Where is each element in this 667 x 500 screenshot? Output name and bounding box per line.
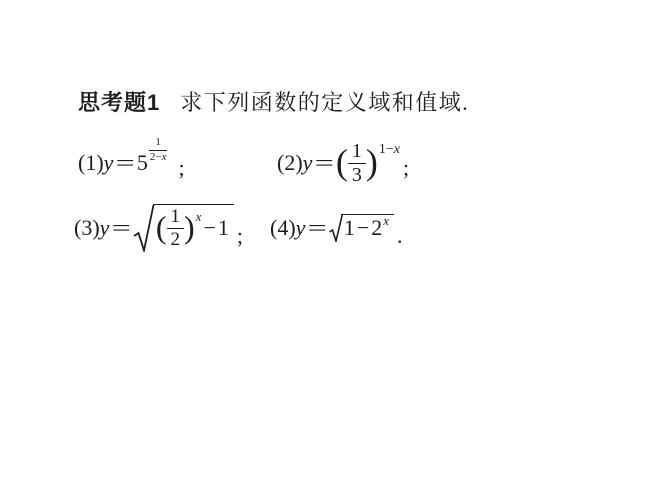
- exponent-prefix: 1−: [379, 142, 394, 157]
- equation-3-punctuation: ;: [237, 223, 243, 249]
- equation-2: (2)y=(13)1−x;: [277, 138, 409, 188]
- equation-2-index: (2): [277, 150, 303, 176]
- equation-1-variable: y: [104, 150, 114, 176]
- equation-2-fraction: 13: [348, 140, 366, 186]
- radicand: 1−2x: [341, 214, 394, 241]
- square-root: 1−2x: [329, 214, 394, 242]
- close-paren: ): [366, 144, 378, 180]
- problem-title: 思考题1求下列函数的定义域和值域.: [78, 90, 469, 116]
- equation-3-fraction: 12: [167, 206, 185, 250]
- equation-4-variable: y: [296, 215, 306, 241]
- exponent-numerator: 1: [153, 136, 163, 149]
- equation-4-exponent: x: [383, 213, 389, 229]
- fraction-denominator: 2: [167, 228, 185, 250]
- denominator-variable: x: [162, 151, 167, 163]
- open-paren: (: [336, 144, 348, 180]
- square-root: (12)x−1: [133, 204, 234, 252]
- minus-sign: −: [357, 215, 369, 241]
- fraction-numerator: 1: [167, 206, 185, 227]
- fraction-numerator: 1: [348, 140, 366, 162]
- equation-3-index: (3): [74, 215, 100, 241]
- power-base: 2: [371, 215, 382, 241]
- minus-sign: −: [203, 215, 215, 241]
- exponent-denominator: 2−x: [149, 150, 168, 164]
- equation-1-exponent-fraction: 12−x: [149, 136, 168, 163]
- equation-1-index: (1): [78, 150, 104, 176]
- denominator-prefix: 2−: [150, 151, 162, 163]
- equation-2-exponent: 1−x: [379, 142, 400, 158]
- equation-3-exponent: x: [196, 209, 202, 225]
- problem-text: 求下列函数的定义域和值域.: [180, 90, 469, 115]
- equals-sign: =: [116, 150, 135, 176]
- equation-3-variable: y: [100, 215, 110, 241]
- equation-4-index: (4): [270, 215, 296, 241]
- constant-term: 1: [344, 215, 355, 241]
- equation-2-punctuation: ;: [403, 155, 409, 181]
- slide-page: 思考题1求下列函数的定义域和值域. (1)y=512−x; (2)y=(13)1…: [0, 0, 667, 500]
- equation-1: (1)y=512−x;: [78, 138, 185, 188]
- equation-4-punctuation: .: [397, 223, 403, 249]
- constant-term: 1: [218, 215, 229, 241]
- radicand: (12)x−1: [153, 204, 234, 251]
- fraction-denominator: 3: [348, 163, 366, 186]
- exponent-variable: x: [383, 213, 389, 228]
- equals-sign: =: [308, 215, 327, 241]
- close-paren: ): [184, 211, 195, 243]
- equation-1-punctuation: ;: [178, 155, 184, 181]
- equation-4: (4)y=1−2x.: [270, 202, 403, 254]
- equation-1-base: 5: [137, 150, 148, 176]
- equals-sign: =: [112, 215, 131, 241]
- exponent-variable: x: [196, 209, 202, 224]
- equals-sign: =: [315, 150, 334, 176]
- open-paren: (: [156, 211, 167, 243]
- exponent-variable: x: [394, 142, 400, 157]
- problem-label: 思考题1: [78, 90, 160, 115]
- equation-3: (3)y=(12)x−1;: [74, 200, 243, 256]
- radical-sign-icon: [133, 204, 155, 252]
- equation-2-variable: y: [303, 150, 313, 176]
